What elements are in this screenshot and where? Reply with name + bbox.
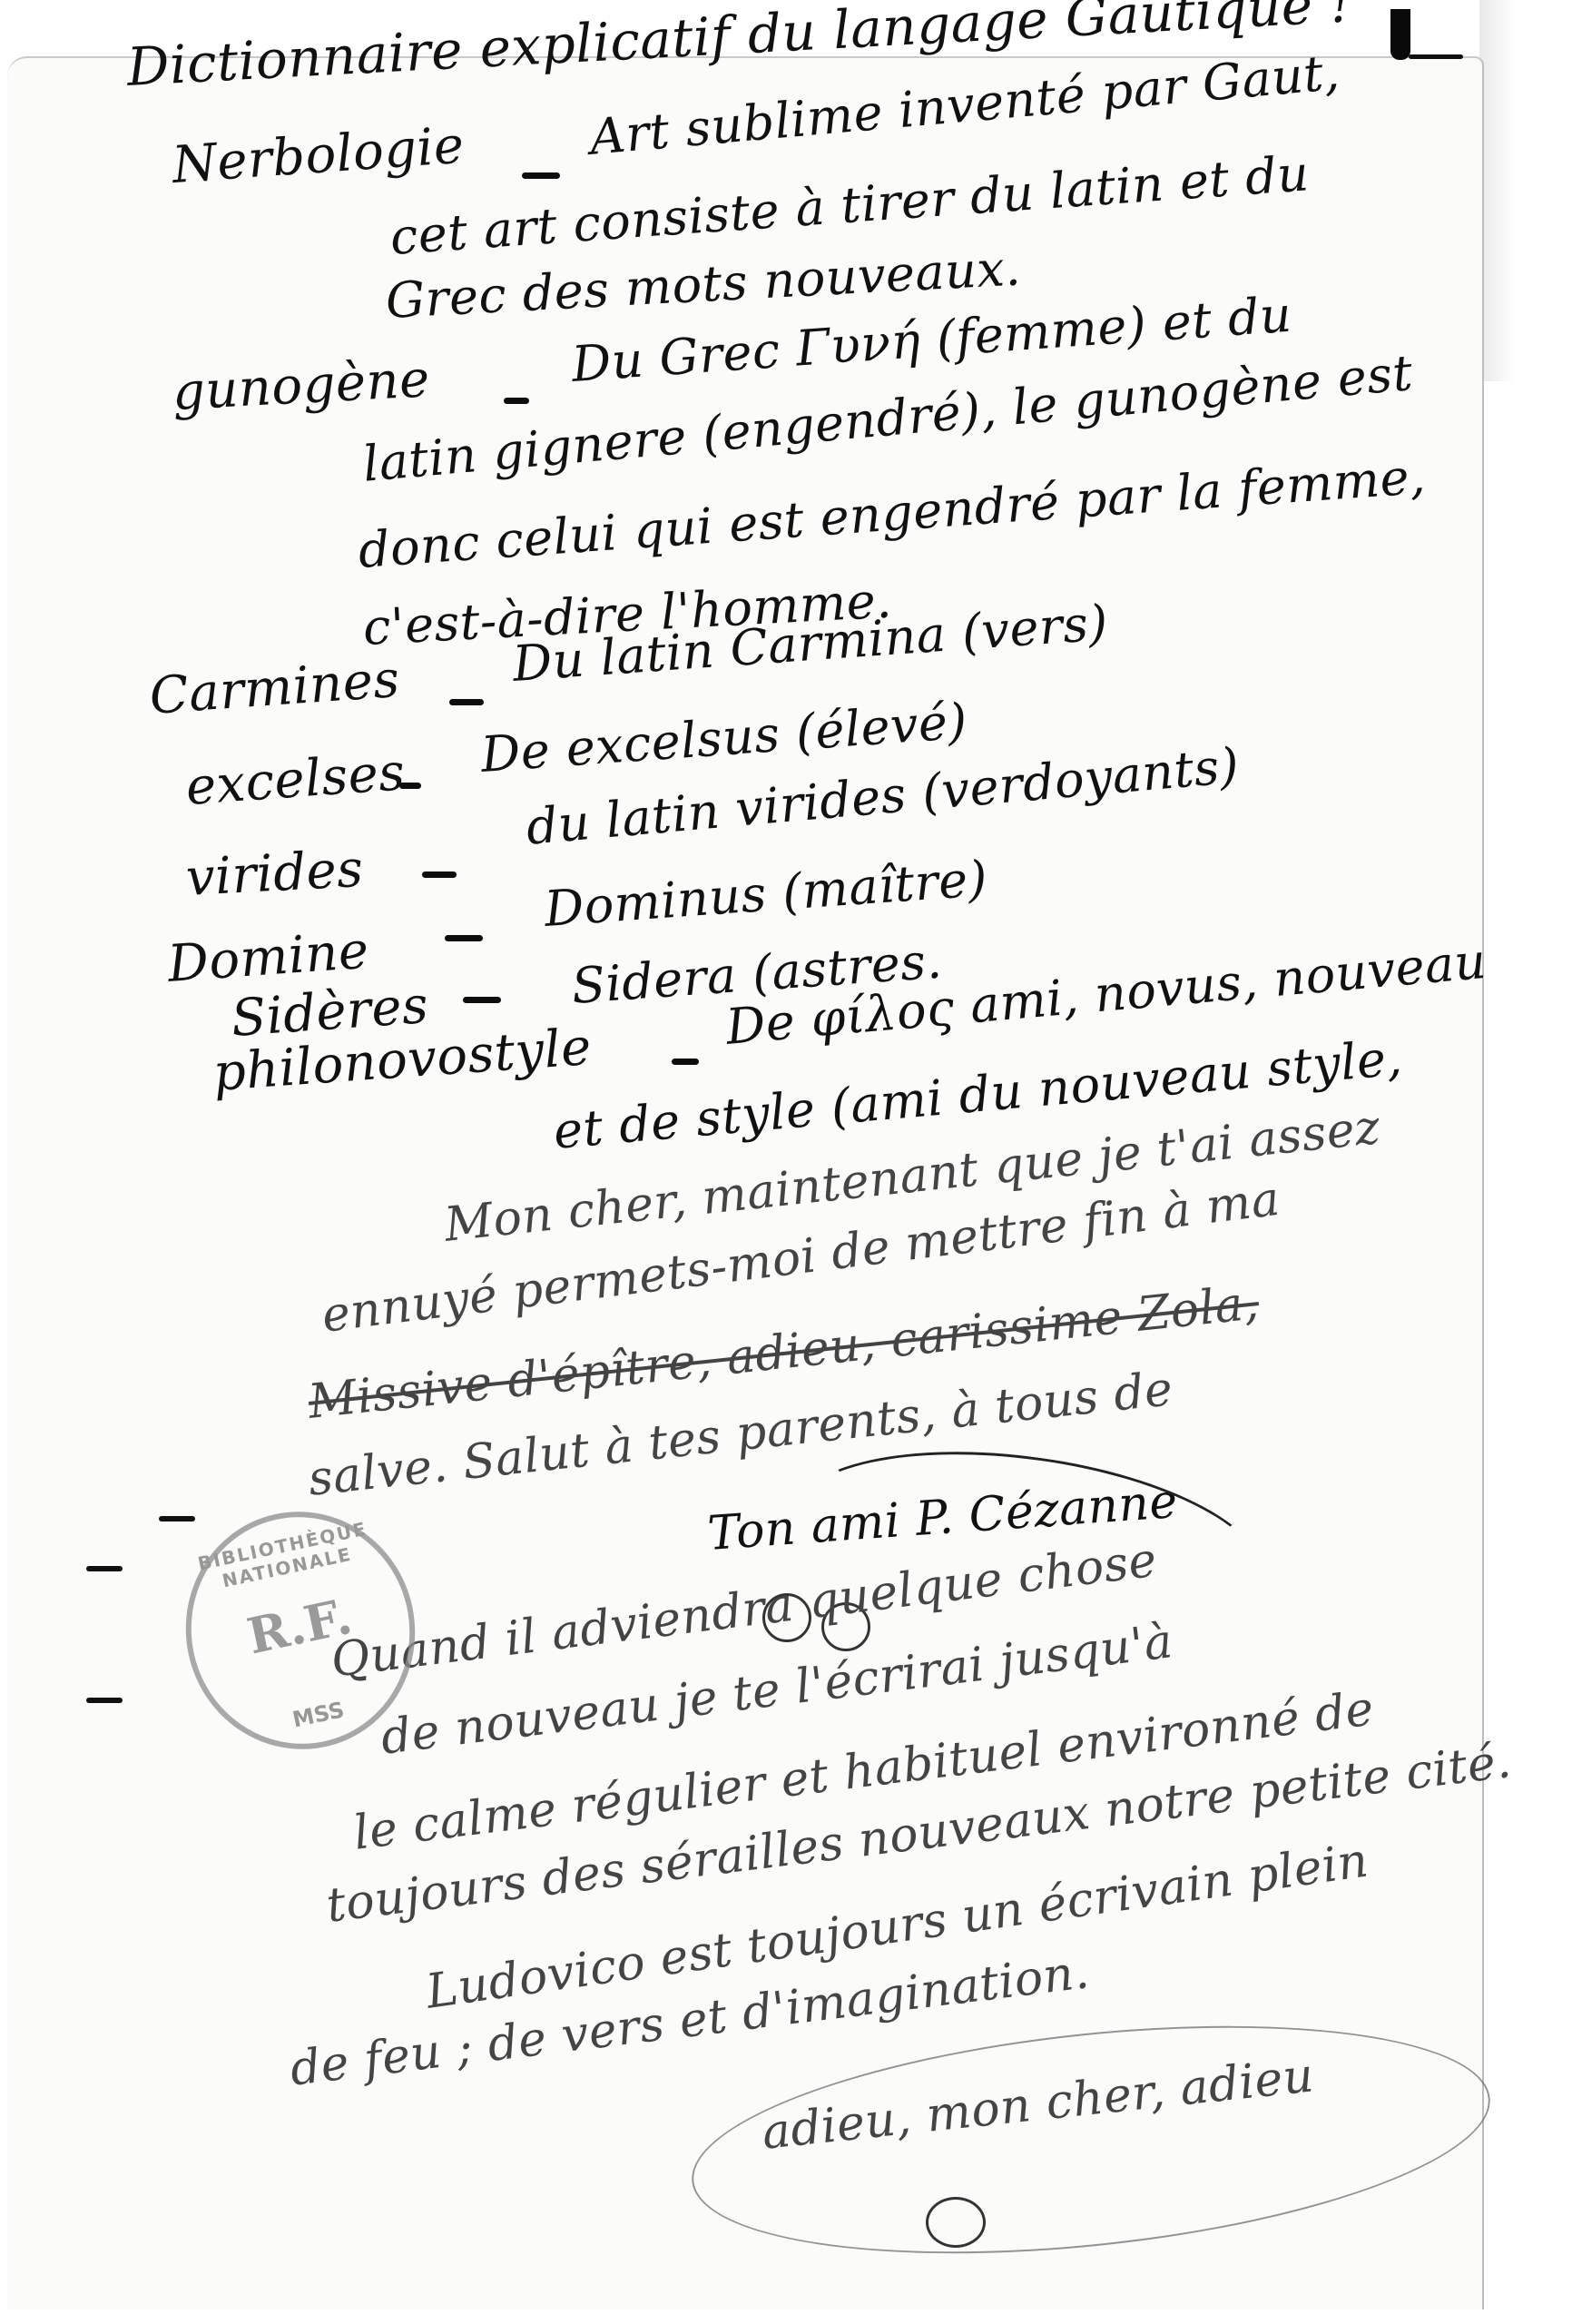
ink-dash-mark <box>1409 54 1463 59</box>
em-dash <box>463 997 501 1003</box>
em-dash <box>449 699 484 705</box>
em-dash <box>522 172 560 179</box>
glossary-term: virides <box>184 840 365 908</box>
em-dash <box>445 935 483 941</box>
closing-flourish-loop <box>926 2197 986 2248</box>
ink-tab-mark <box>1390 9 1410 60</box>
em-dash <box>672 1059 699 1065</box>
margin-mark <box>159 1516 195 1521</box>
margin-mark <box>86 1566 123 1571</box>
page-edge-shadow <box>1479 0 1516 381</box>
em-dash <box>399 783 421 789</box>
em-dash <box>422 871 457 878</box>
em-dash <box>504 398 529 404</box>
margin-mark <box>86 1698 123 1703</box>
